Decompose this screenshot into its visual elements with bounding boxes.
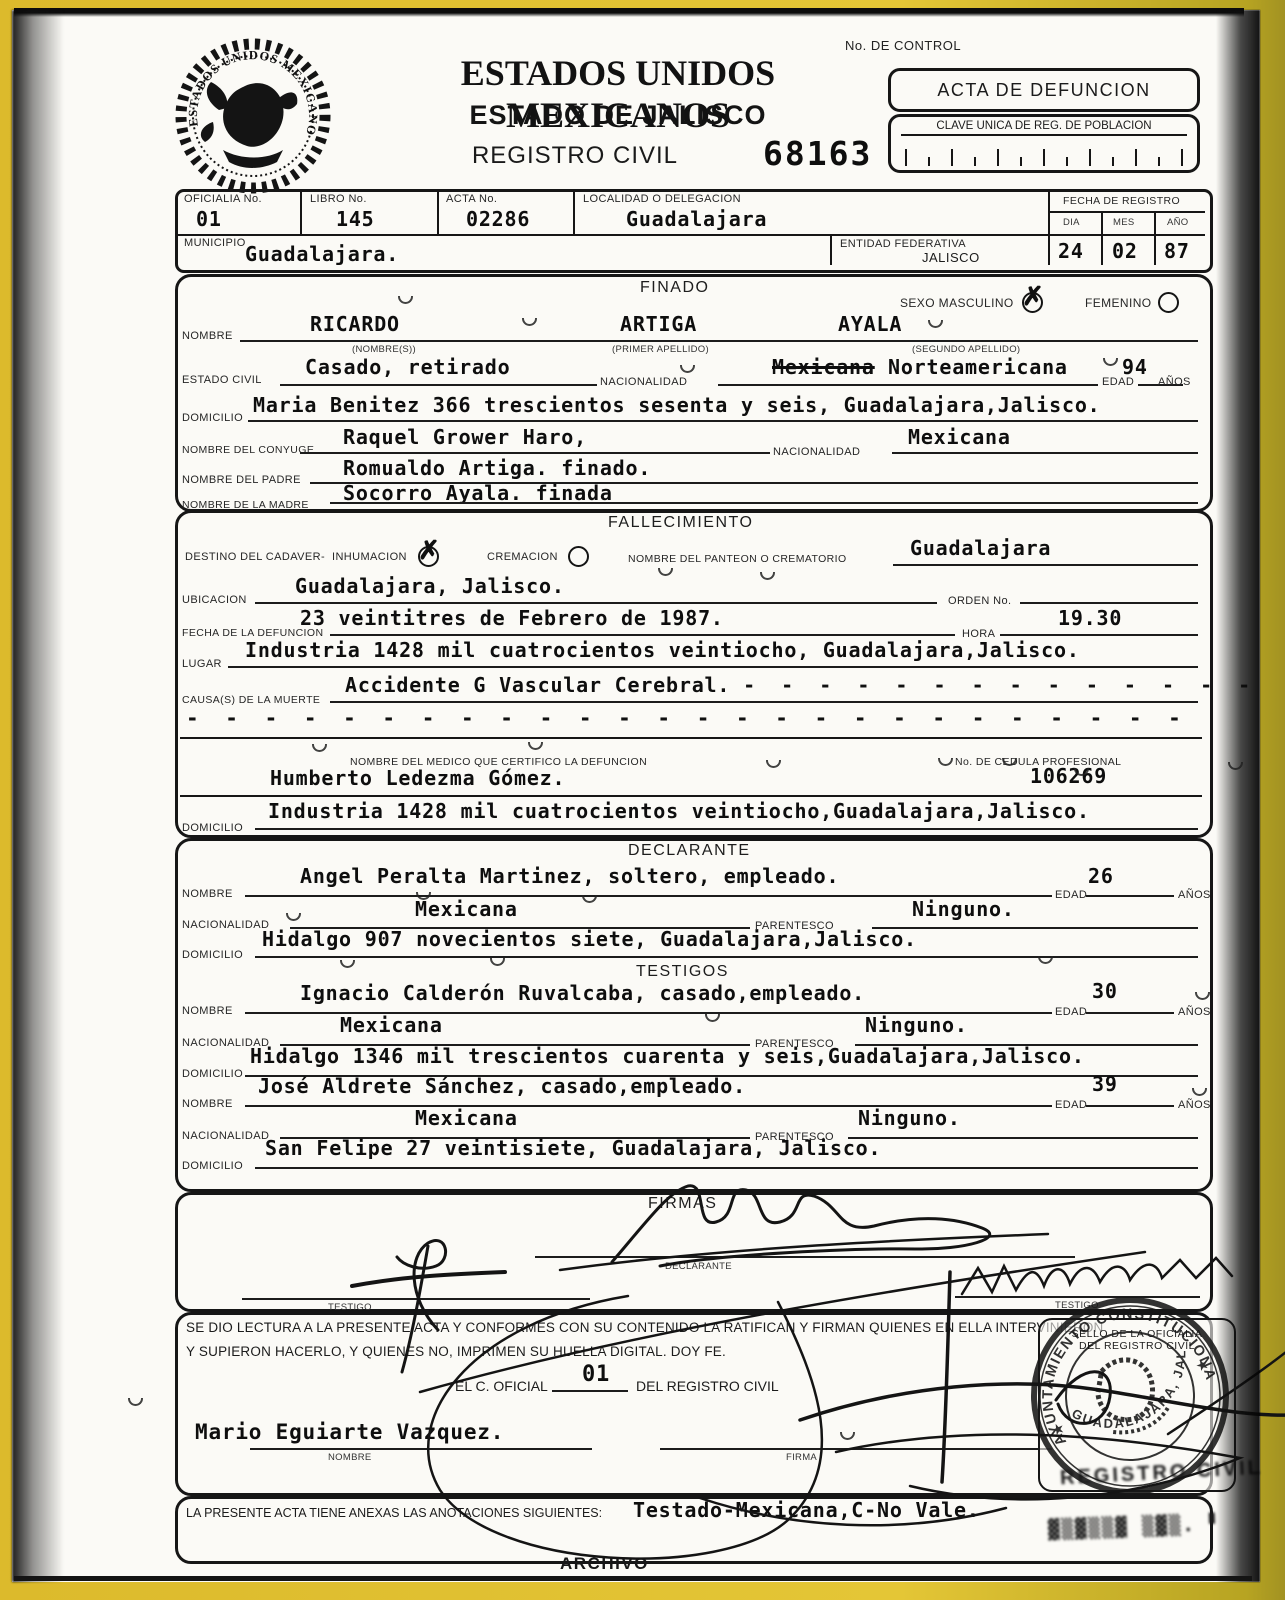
declarante-nombre-value: Angel Peralta Martinez, soltero, emplead… [300,864,839,888]
finado-title: FINADO [640,279,709,297]
lugar-value: Industria 1428 mil cuatrocientos veintio… [245,638,1080,662]
acta-label: ACTA No. [446,193,497,205]
testigo1-edad-label: EDAD [1055,1006,1087,1018]
masculino-check-mark: ✗ [1022,283,1044,309]
inhumacion-label: INHUMACION [332,551,407,563]
femenino-checkbox [1158,292,1179,313]
finado-nombres: RICARDO [310,312,400,336]
finado-apellido2: AYALA [838,312,902,336]
clave-tick [1181,149,1183,166]
clave-unica-label: CLAVE UNICA DE REG. DE POBLACION [901,120,1187,136]
oficial-nombre-value: Mario Eguiarte Vazquez. [195,1420,504,1444]
nacionalidad-value: Norteamericana [888,355,1068,379]
testigo2-nombre-value: José Aldrete Sánchez, casado,empleado. [258,1074,746,1098]
declarante-edad-value: 26 [1088,864,1114,888]
municipio-value: Guadalajara. [245,242,399,266]
causa-muerte-value: Accidente G Vascular Cerebral. - - - - -… [345,673,1257,697]
oficial-nombre-label: NOMBRE [328,1452,372,1463]
lugar-label: LUGAR [182,658,222,670]
clave-tick [1020,157,1022,166]
declarante-domicilio-label: DOMICILIO [182,949,243,961]
apellido1-sub-label: (PRIMER APELLIDO) [612,344,709,355]
sexo-masculino-label: SEXO MASCULINO [900,296,1014,310]
clave-tick [951,149,953,166]
libro-value: 145 [336,207,375,231]
clave-tick [1112,157,1114,166]
dia-value: 24 [1058,239,1084,263]
oficialia-label: OFICIALIA No. [184,193,262,205]
ubicacion-label: UBICACION [182,594,247,606]
finado-domicilio: Maria Benitez 366 trescientos sesenta y … [253,393,1101,417]
localidad-value: Guadalajara [626,207,767,231]
oficial-label: EL C. OFICIAL [455,1378,548,1394]
registro-civil-label: REGISTRO CIVIL [430,142,720,170]
anos-label: AÑOS [1158,376,1191,388]
declarante-nacionalidad-value: Mexicana [415,897,518,921]
clave-tick [1158,157,1160,166]
clave-tick [1043,149,1045,166]
testigo2-nacionalidad-value: Mexicana [415,1106,518,1130]
medico-value: Humberto Ledezma Gómez. [270,766,565,790]
fecha-registro-label: FECHA DE REGISTRO [1063,195,1180,207]
conyuge-label: NOMBRE DEL CONYUGE [182,444,314,456]
acta-defuncion-box: ACTA DE DEFUNCION [888,68,1200,112]
clave-ruler-ticks [905,146,1183,166]
testigo2-nombre-label: NOMBRE [182,1098,233,1110]
femenino-label: FEMENINO [1085,296,1152,310]
oficial-registro-label: DEL REGISTRO CIVIL [636,1378,779,1394]
conyuge-nacionalidad-value: Mexicana [908,425,1011,449]
clave-tick [974,157,976,166]
inhumacion-check-mark: ✗ [418,537,440,563]
medico-domicilio-value: Industria 1428 mil cuatrocientos veintio… [268,799,1090,823]
testigo2-domicilio-label: DOMICILIO [182,1160,243,1172]
finado-apellido1: ARTIGA [620,312,697,336]
testigo1-nombre-value: Ignacio Calderón Ruvalcaba, casado,emple… [300,981,865,1005]
ano-label: AÑO [1167,217,1189,228]
causa-dashes-row: - - - - - - - - - - - - - - - - - - - - … [186,706,1200,730]
declarante-parentesco-value: Ninguno. [912,897,1015,921]
clave-tick [905,149,907,166]
testigo1-nacionalidad-value: Mexicana [340,1013,443,1037]
round-stamp: AYUNTAMIENTO CONSTITUCIONAL GUADALAJARA,… [1022,1288,1238,1504]
estado-civil-value: Casado, retirado [305,355,510,379]
acta-value: 02286 [466,207,530,231]
conyuge-value: Raquel Grower Haro, [343,425,587,449]
clave-unica-box: CLAVE UNICA DE REG. DE POBLACION [888,114,1200,173]
testigo1-edad-value: 30 [1092,979,1118,1003]
clave-tick [1135,149,1137,166]
testigo2-anos-label: AÑOS [1178,1099,1211,1111]
scan-edge-right [1216,10,1260,1582]
libro-label: LIBRO No. [310,193,367,205]
testigo2-nacionalidad-label: NACIONALIDAD [182,1130,269,1142]
testigo1-domicilio-value: Hidalgo 1346 mil trescientos cuarenta y … [250,1044,1085,1068]
testigo1-nombre-label: NOMBRE [182,1005,233,1017]
dia-label: DIA [1063,217,1080,228]
entidad-label: ENTIDAD FEDERATIVA [840,238,966,250]
panteon-value: Guadalajara [910,536,1051,560]
medico-domicilio-label: DOMICILIO [182,822,243,834]
anotaciones-value: Testado-Mexicana,C-No Vale. [633,1498,980,1522]
declarante-anos-label: AÑOS [1178,889,1211,901]
cedula-value: 106269 [1030,764,1107,788]
orden-label: ORDEN No. [948,595,1012,607]
fecha-defuncion-value: 23 veintitres de Febrero de 1987. [300,606,724,630]
nacionalidad-tachada: Mexicana [772,355,875,379]
entidad-value: JALISCO [922,250,980,265]
clave-tick [1066,157,1068,166]
mes-label: MES [1113,217,1135,228]
oficialia-value: 01 [196,207,222,231]
nacionalidad-label: NACIONALIDAD [600,376,687,388]
cremacion-label: CREMACION [487,551,558,563]
clave-tick [928,157,930,166]
nombres-sub-label: (NOMBRE(S)) [352,344,416,355]
conyuge-nacionalidad-label: NACIONALIDAD [773,446,860,458]
edad-value: 94 [1122,355,1148,379]
declarante-nacionalidad-label: NACIONALIDAD [182,919,269,931]
hora-value: 19.30 [1058,606,1122,630]
acta-defuncion-label: ACTA DE DEFUNCION [937,80,1150,101]
nombre-label: NOMBRE [182,330,233,342]
domicilio-label: DOMICILIO [182,412,243,424]
ano-value: 87 [1164,239,1190,263]
municipio-label: MUNICIPIO [184,237,246,249]
cremacion-checkbox [568,546,589,567]
ubicacion-value: Guadalajara, Jalisco. [295,574,565,598]
estado-civil-label: ESTADO CIVIL [182,374,262,386]
folio-number: 68163 [763,134,872,173]
declarante-title: DECLARANTE [628,842,751,860]
testigo2-edad-value: 39 [1092,1072,1118,1096]
panteon-label: NOMBRE DEL PANTEON O CREMATORIO [628,553,847,565]
testigo1-domicilio-label: DOMICILIO [182,1068,243,1080]
testigo2-edad-label: EDAD [1055,1099,1087,1111]
padre-label: NOMBRE DEL PADRE [182,474,301,486]
mes-value: 02 [1112,239,1138,263]
coat-of-arms: ESTADOS UNIDOS MEXICANOS [168,32,338,200]
padre-value: Romualdo Artiga. finado. [343,456,651,480]
oficial-firma-label: FIRMA [786,1452,817,1463]
oficial-numero: 01 [582,1362,610,1387]
control-number-label: No. DE CONTROL [845,38,961,53]
testigo1-parentesco-value: Ninguno. [865,1013,968,1037]
scan-edge-bottom [14,1576,1252,1581]
clave-tick [1089,149,1091,166]
clave-tick [997,149,999,166]
declarante-nombre-label: NOMBRE [182,888,233,900]
archivo-label: ARCHIVO [560,1554,649,1574]
scan-edge-left [12,10,64,1582]
state-subtitle: ESTADO DE JALISCO [358,100,878,131]
destino-cadaver-label: DESTINO DEL CADAVER- [185,551,325,563]
declarante-domicilio-value: Hidalgo 907 novecientos siete, Guadalaja… [262,927,917,951]
localidad-label: LOCALIDAD O DELEGACION [583,193,741,205]
apellido2-sub-label: (SEGUNDO APELLIDO) [912,344,1020,355]
testigo2-parentesco-value: Ninguno. [858,1106,961,1130]
firma-declarante-label: DECLARANTE [665,1261,732,1272]
fallecimiento-title: FALLECIMIENTO [608,514,753,532]
anotaciones-label: LA PRESENTE ACTA TIENE ANEXAS LAS ANOTAC… [186,1506,602,1520]
testigos-title: TESTIGOS [636,963,729,981]
scan-edge-top [14,8,1244,17]
lectura-line2: Y SUPIERON HACERLO, Y QUIENES NO, IMPRIM… [186,1344,726,1359]
lectura-line1: SE DIO LECTURA A LA PRESENTE ACTA Y CONF… [186,1320,1104,1335]
testigo2-domicilio-value: San Felipe 27 veintisiete, Guadalajara, … [265,1136,881,1160]
firmas-title: FIRMAS [648,1195,717,1213]
declarante-edad-label: EDAD [1055,889,1087,901]
testigo1-anos-label: AÑOS [1178,1006,1211,1018]
causa-muerte-label: CAUSA(S) DE LA MUERTE [182,694,320,706]
